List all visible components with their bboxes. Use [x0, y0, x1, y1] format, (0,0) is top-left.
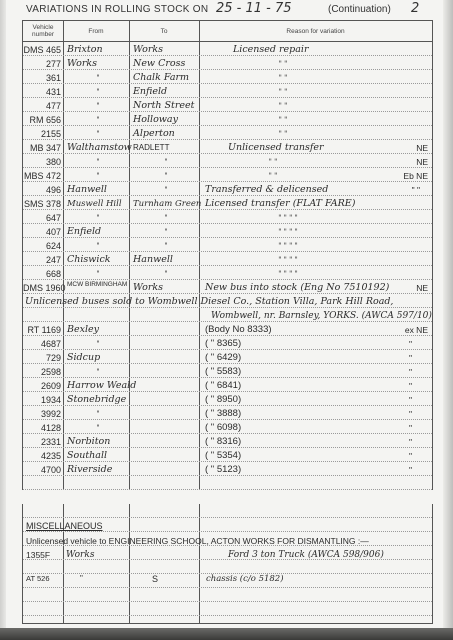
misc-from: "	[80, 574, 83, 583]
reason: Licensed transfer (FLAT FARE)	[205, 197, 405, 211]
misc-intro: Unlicensed vehicle to ENGINEERING SCHOOL…	[26, 536, 369, 546]
reason: New bus into stock (Eng No 7510192)	[205, 281, 405, 295]
from-garage: "	[67, 113, 129, 127]
reason: " "	[253, 57, 313, 71]
from-garage: Norbiton	[67, 435, 129, 449]
note: Eb NE	[403, 169, 428, 183]
sold-row: 3992"( " 3888)"	[23, 407, 432, 421]
from-garage: Sidcup	[67, 351, 129, 365]
continuation-label: (Continuation)	[328, 4, 391, 15]
vehicle-number: 3992	[23, 407, 61, 421]
header-to: To	[129, 21, 199, 41]
vehicle-number: 2331	[23, 435, 61, 449]
sold-row: RT 1169Bexley(Body No 8333)ex NE	[23, 323, 432, 337]
body-number: (Body No 8333)	[205, 323, 405, 337]
note: "	[409, 407, 412, 421]
header-from: From	[63, 21, 129, 41]
table-row: 496Hanwell"Transferred & delicensed" "	[23, 183, 432, 197]
note: "	[409, 463, 412, 477]
table-row: 624""" " " "	[23, 239, 432, 253]
sold-row: 4687"( " 8365)"	[23, 337, 432, 351]
from-garage: Chiswick	[67, 253, 129, 267]
body-number: ( " 8316)	[205, 435, 405, 449]
sold-row: 4128"( " 6098)"	[23, 421, 432, 435]
vehicle-number: 2609	[23, 379, 61, 393]
rolling-stock-table: Vehicle number From To Reason for variat…	[22, 20, 433, 624]
from-garage: Works	[67, 57, 129, 71]
note: NE	[416, 141, 428, 155]
from-garage: "	[67, 421, 129, 435]
table-row: 431"Enfield" "	[23, 85, 432, 99]
vehicle-number: 4235	[23, 449, 61, 463]
misc-from: Works	[66, 550, 94, 560]
vehicle-number: 4128	[23, 421, 61, 435]
body-number: ( " 5123)	[205, 463, 405, 477]
table-row: 277WorksNew Cross" "	[23, 57, 432, 71]
note: "	[409, 393, 412, 407]
table-row: 407Enfield"" " " "	[23, 225, 432, 239]
page-number: 2	[411, 1, 419, 16]
entry-date: 25 - 11 - 75	[216, 1, 292, 16]
vehicle-number: 431	[23, 85, 61, 99]
reason: Transferred & delicensed	[205, 183, 405, 197]
to-garage: "	[133, 225, 199, 239]
reason: " "	[243, 169, 303, 183]
reason: " "	[253, 85, 313, 99]
sold-row: 4235Southall( " 5354)"	[23, 449, 432, 463]
note: "	[409, 337, 412, 351]
sold-row: 4700Riverside( " 5123)"	[23, 463, 432, 477]
sold-row: 2609Harrow Weald( " 6841)"	[23, 379, 432, 393]
to-garage: RADLETT	[133, 141, 199, 155]
vehicle-number: 277	[23, 57, 61, 71]
header-vehicle-number: Vehicle number	[23, 21, 63, 41]
to-garage: "	[133, 183, 199, 197]
to-garage: Works	[133, 43, 199, 57]
vehicle-number: 407	[23, 225, 61, 239]
vehicle-number: MB 347	[23, 141, 61, 155]
vehicle-number: 624	[23, 239, 61, 253]
reason: " "	[253, 127, 313, 141]
vehicle-number: 496	[23, 183, 61, 197]
note: "	[409, 435, 412, 449]
from-garage: "	[67, 211, 129, 225]
reason: " "	[243, 155, 303, 169]
misc-vehicle: AT 526	[26, 574, 50, 583]
sold-row: 2598"( " 5583)"	[23, 365, 432, 379]
table-row: 361"Chalk Farm" "	[23, 71, 432, 85]
vehicle-number: 380	[23, 155, 61, 169]
reason: " " " "	[233, 225, 343, 239]
sold-note-line-1: Unlicensed buses sold to Wombwell Diesel…	[23, 295, 432, 309]
to-garage: "	[133, 169, 199, 183]
vehicle-number: 729	[23, 351, 61, 365]
misc-to: S	[152, 574, 158, 584]
vehicle-number: MBS 472	[23, 169, 61, 183]
to-garage: Hanwell	[133, 253, 199, 267]
to-garage: Chalk Farm	[133, 71, 199, 85]
from-garage: "	[67, 99, 129, 113]
table-row: RM 656"Holloway" "	[23, 113, 432, 127]
to-garage: Enfield	[133, 85, 199, 99]
table-row: 2155"Alperton" "	[23, 127, 432, 141]
header-reason: Reason for variation	[199, 21, 432, 41]
from-garage: "	[67, 85, 129, 99]
reason: " "	[253, 71, 313, 85]
misc-heading: MISCELLANEOUS	[26, 521, 103, 531]
sold-row: 729Sidcup( " 6429)"	[23, 351, 432, 365]
note: "	[409, 449, 412, 463]
ruled-line	[23, 601, 432, 602]
note: ex NE	[405, 323, 428, 337]
from-garage: "	[67, 127, 129, 141]
from-garage: "	[67, 267, 129, 281]
table-row: DMS 1960MCW BIRMINGHAMWorksNew bus into …	[23, 281, 432, 295]
from-garage: MCW BIRMINGHAM	[67, 281, 129, 295]
from-garage: Southall	[67, 449, 129, 463]
vehicle-number: 4687	[23, 337, 61, 351]
to-garage: Turnham Green	[133, 197, 199, 211]
reason: " " " "	[233, 267, 343, 281]
vehicle-number: 477	[23, 99, 61, 113]
table-row: MB 347WalthamstowRADLETTUnlicensed trans…	[23, 141, 432, 155]
from-garage: "	[67, 337, 129, 351]
note: "	[409, 421, 412, 435]
from-garage: "	[67, 71, 129, 85]
sold-row: 1934Stonebridge( " 8950)"	[23, 393, 432, 407]
misc-vehicle: 1355F	[26, 550, 50, 560]
vehicle-number: 2155	[23, 127, 61, 141]
from-garage: "	[67, 155, 129, 169]
page-title: VARIATIONS IN ROLLING STOCK ON	[26, 4, 208, 15]
to-garage: "	[133, 239, 199, 253]
note: "	[409, 379, 412, 393]
vehicle-number: 361	[23, 71, 61, 85]
reason: " " " "	[233, 239, 343, 253]
from-garage: Stonebridge	[67, 393, 129, 407]
vehicle-number: DMS 1960	[23, 281, 61, 295]
to-garage: New Cross	[133, 57, 199, 71]
table-row: MBS 472""" "Eb NE	[23, 169, 432, 183]
from-garage: Walthamstow	[67, 141, 129, 155]
table-row: 477"North Street" "	[23, 99, 432, 113]
page-shadow-right	[443, 0, 453, 640]
body-number: ( " 6429)	[205, 351, 405, 365]
from-garage: Muswell Hill	[67, 197, 129, 211]
reason: Licensed repair	[233, 43, 433, 57]
vehicle-number: 2598	[23, 365, 61, 379]
table-row: SMS 378Muswell HillTurnham GreenLicensed…	[23, 197, 432, 211]
from-garage: "	[67, 407, 129, 421]
vehicle-number: 1934	[23, 393, 61, 407]
vehicle-number: 647	[23, 211, 61, 225]
reason: " " " "	[233, 211, 343, 225]
to-garage: Alperton	[133, 127, 199, 141]
to-garage: Works	[133, 281, 199, 295]
from-garage: "	[67, 169, 129, 183]
ruled-line	[23, 517, 432, 518]
vehicle-number: RM 656	[23, 113, 61, 127]
to-garage: "	[133, 155, 199, 169]
from-garage: "	[67, 365, 129, 379]
table-row: 247ChiswickHanwell" " " "	[23, 253, 432, 267]
body-number: ( " 6098)	[205, 421, 405, 435]
reason: " " " "	[233, 253, 343, 267]
sold-note-line-2: Wombwell, nr. Barnsley, YORKS. (AWCA 597…	[23, 309, 432, 323]
body-number: ( " 3888)	[205, 407, 405, 421]
vehicle-number: 247	[23, 253, 61, 267]
vehicle-number: RT 1169	[23, 323, 61, 337]
note: NE	[416, 281, 428, 295]
body-number: ( " 8365)	[205, 337, 405, 351]
table-row: DMS 465BrixtonWorksLicensed repair	[23, 43, 432, 57]
from-garage: Brixton	[67, 43, 129, 57]
ruled-line	[23, 615, 432, 616]
page-bottom-edge	[0, 628, 453, 640]
from-garage: Riverside	[67, 463, 129, 477]
body-number: ( " 6841)	[205, 379, 405, 393]
from-garage: Harrow Weald	[67, 379, 129, 393]
vehicle-number: 4700	[23, 463, 61, 477]
to-garage: "	[133, 267, 199, 281]
from-garage: Bexley	[67, 323, 129, 337]
table-header: Vehicle number From To Reason for variat…	[23, 21, 432, 42]
reason: " "	[253, 113, 313, 127]
reason: " "	[253, 99, 313, 113]
note: NE	[416, 155, 428, 169]
body-number: ( " 8950)	[205, 393, 405, 407]
to-garage: North Street	[133, 99, 199, 113]
note: "	[409, 365, 412, 379]
body-number: ( " 5583)	[205, 365, 405, 379]
misc-reason: Ford 3 ton Truck (AWCA 598/906)	[228, 550, 384, 560]
table-row: 380""" "NE	[23, 155, 432, 169]
note: "	[409, 351, 412, 365]
vehicle-number: SMS 378	[23, 197, 61, 211]
table-row: 647""" " " "	[23, 211, 432, 225]
note: " "	[412, 183, 420, 197]
from-garage: Hanwell	[67, 183, 129, 197]
misc-reason: chassis (c/o 5182)	[206, 574, 284, 584]
misc-mask	[22, 490, 433, 504]
sold-row: 2331Norbiton( " 8316)"	[23, 435, 432, 449]
vehicle-number: 668	[23, 267, 61, 281]
to-garage: Holloway	[133, 113, 199, 127]
vehicle-number: DMS 465	[23, 43, 61, 57]
table-row: 668""" " " "	[23, 267, 432, 281]
from-garage: "	[67, 239, 129, 253]
to-garage: "	[133, 211, 199, 225]
ruled-line	[23, 531, 432, 532]
body-number: ( " 5354)	[205, 449, 405, 463]
reason: Unlicensed transfer	[228, 141, 428, 155]
from-garage: Enfield	[67, 225, 129, 239]
ruled-line	[23, 587, 432, 588]
